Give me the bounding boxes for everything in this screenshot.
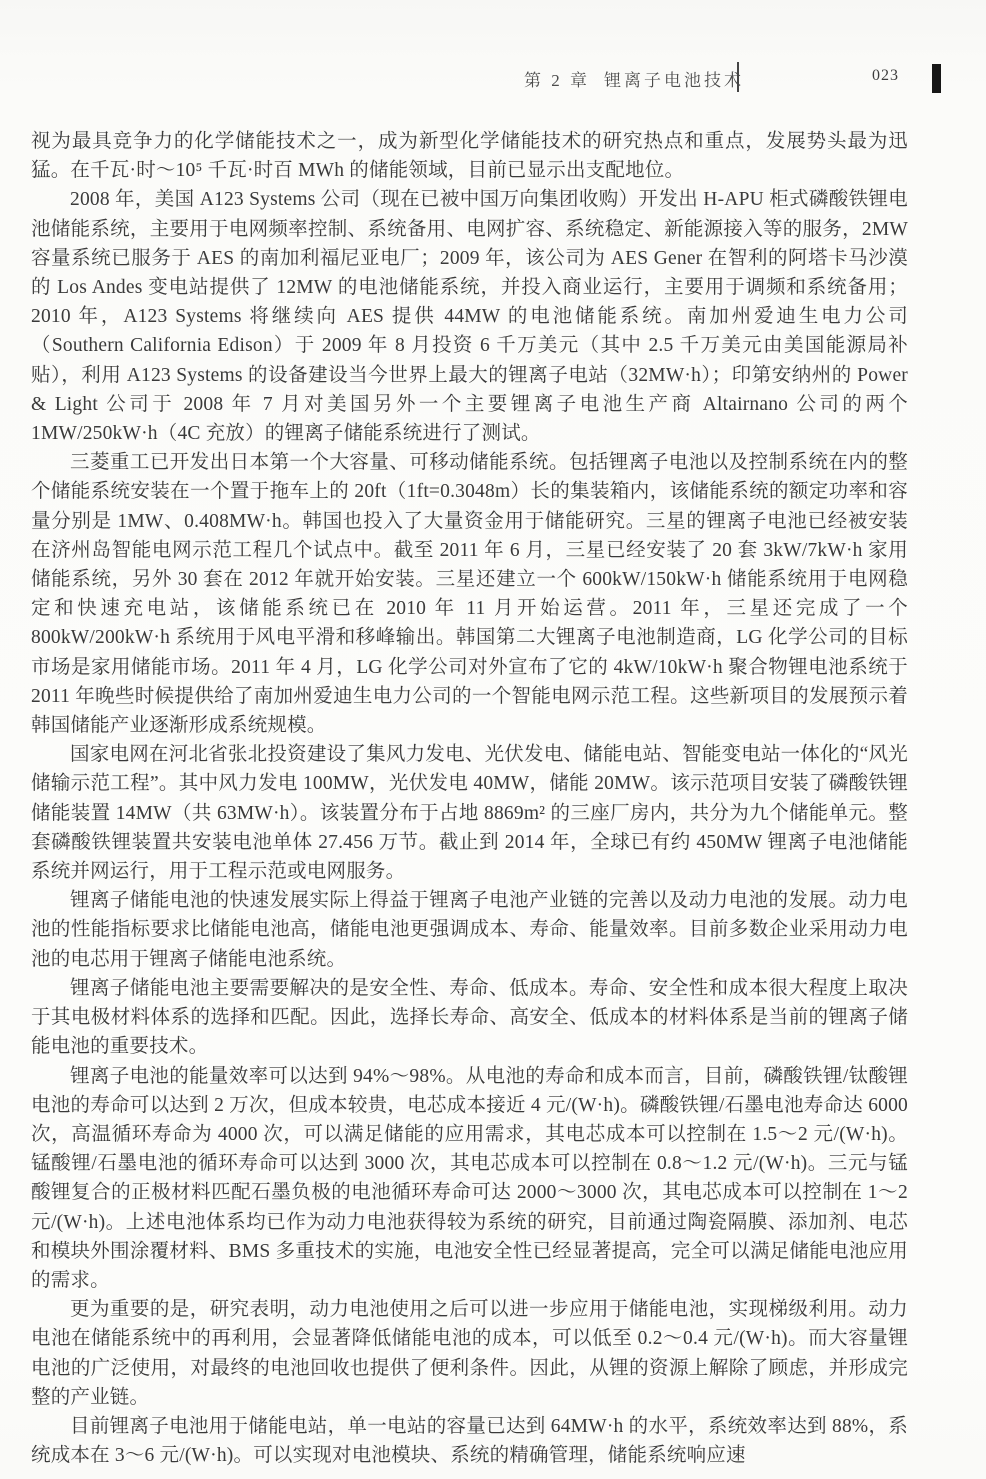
- body-text: 视为最具竞争力的化学储能技术之一，成为新型化学储能技术的研究热点和重点，发展势头…: [31, 127, 908, 1470]
- page-number: 023: [872, 67, 899, 85]
- chapter-title: 锂离子电池技术: [604, 71, 744, 90]
- paragraph: 2008 年，美国 A123 Systems 公司（现在已被中国万向集团收购）开…: [31, 185, 908, 448]
- paragraph: 锂离子电池的能量效率可以达到 94%～98%。从电池的寿命和成本而言，目前，磷酸…: [31, 1062, 908, 1296]
- paragraph: 三菱重工已开发出日本第一个大容量、可移动储能系统。包括锂离子电池以及控制系统在内…: [31, 448, 908, 740]
- chapter-heading: 第 2 章锂离子电池技术: [524, 66, 744, 91]
- binding-mark-bar: [932, 64, 941, 93]
- paragraph: 更为重要的是，研究表明，动力电池使用之后可以进一步应用于储能电池，实现梯级利用。…: [31, 1295, 908, 1412]
- chapter-number: 第 2 章: [524, 71, 590, 90]
- paragraph: 视为最具竞争力的化学储能技术之一，成为新型化学储能技术的研究热点和重点，发展势头…: [31, 127, 908, 185]
- paragraph: 锂离子储能电池的快速发展实际上得益于锂离子电池产业链的完善以及动力电池的发展。动…: [31, 886, 908, 974]
- paragraph: 目前锂离子电池用于储能电站，单一电站的容量已达到 64MW·h 的水平，系统效率…: [31, 1412, 908, 1470]
- running-head: 第 2 章锂离子电池技术 023: [0, 58, 986, 98]
- paragraph: 锂离子储能电池主要需要解决的是安全性、寿命、低成本。寿命、安全性和成本很大程度上…: [31, 974, 908, 1062]
- paragraph: 国家电网在河北省张北投资建设了集风力发电、光伏发电、储能电站、智能变电站一体化的…: [31, 740, 908, 886]
- book-page: 第 2 章锂离子电池技术 023 视为最具竞争力的化学储能技术之一，成为新型化学…: [0, 0, 986, 1479]
- header-divider-line: [737, 62, 739, 92]
